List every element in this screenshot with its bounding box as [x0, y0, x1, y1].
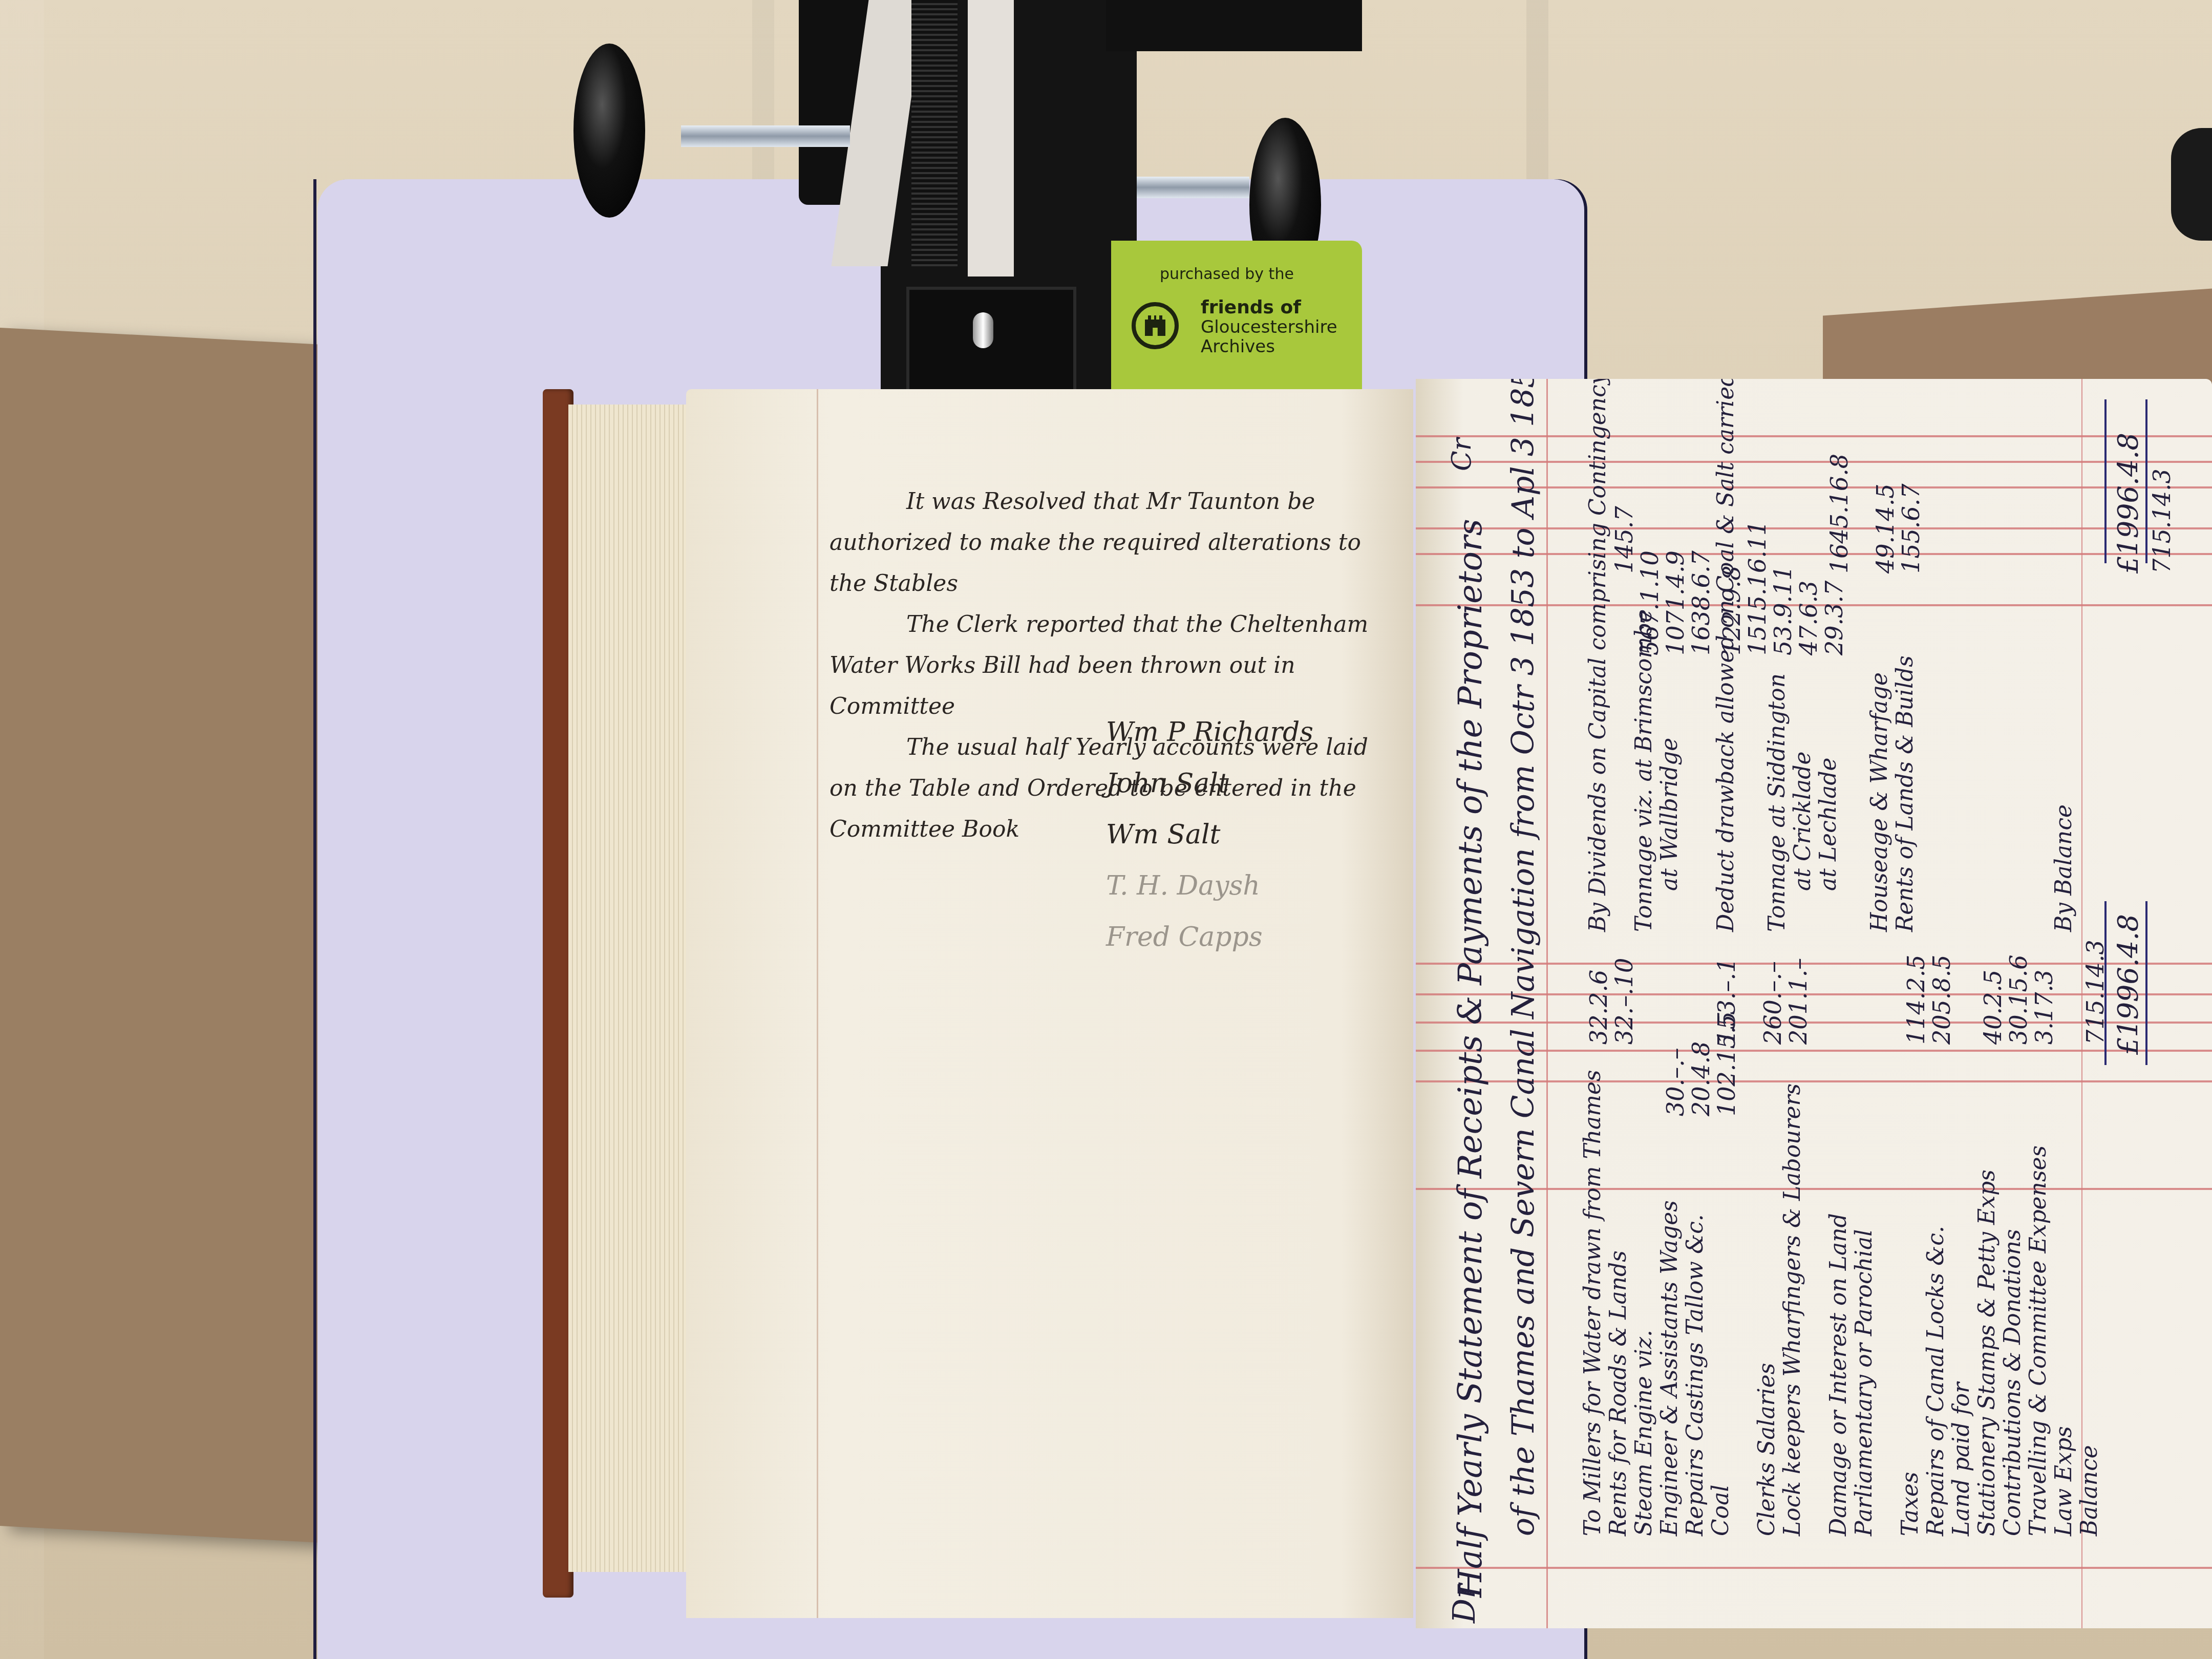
debit-amount: 40.2.5 — [1979, 970, 2007, 1045]
label-friends: friends of — [1201, 297, 1301, 318]
signature: Fred Capps — [1106, 911, 1313, 963]
credit-entry: Tonnage viz. at Brimscombe — [1631, 609, 1657, 932]
debit-entry: Clerks Salaries — [1754, 1363, 1780, 1536]
debit-entry: Engineer & Assistants Wages — [1656, 1200, 1683, 1536]
debit-amount: 3.17.3 — [2030, 970, 2058, 1045]
credit-amount: 1515.16.11 — [1743, 521, 1771, 655]
credit-amount: 1071.4.9 — [1662, 550, 1689, 655]
stand-rack — [911, 0, 958, 266]
debit-entry: Balance — [2076, 1445, 2102, 1536]
credit-total: £1996.4.8 — [2112, 433, 2144, 573]
left-margin-rule — [817, 389, 818, 1618]
credit-amount: 1645.16.8 — [1825, 454, 1853, 573]
debit-entry: Law Exps — [2051, 1426, 2077, 1536]
signature: Wm Salt — [1106, 809, 1313, 860]
stand-rail-2 — [968, 0, 1014, 276]
stand-arm-top — [1106, 0, 1362, 51]
ledger-title-line1: Half Yearly Statement of Receipts & Paym… — [1452, 519, 1490, 1598]
debit-entry: Lock keepers Wharfingers & Labourers — [1779, 1083, 1805, 1536]
clamp-knob-left-icon[interactable] — [573, 44, 645, 218]
debit-amount: 201.1.– — [1784, 958, 1812, 1045]
debit-entry: Rents for Roads & Lands — [1605, 1250, 1631, 1536]
credit-entry: Houseage & Wharfage — [1866, 672, 1892, 932]
debit-entry: Contributions & Donations — [2000, 1229, 2026, 1536]
credit-entry: By Dividends on Capital comprising Conti… — [1585, 379, 1611, 932]
credit-amount: 1638.6.7 — [1687, 550, 1715, 655]
total-rule — [2104, 399, 2107, 563]
debit-amount: 114.2.5 — [1902, 954, 1930, 1045]
total-rule — [2145, 901, 2147, 1065]
credit-amount: 53.9.11 — [1769, 565, 1797, 655]
debit-entry: Taxes — [1897, 1472, 1923, 1536]
credit-amount: 122.9.8 — [1718, 565, 1746, 655]
credit-balance: 715.14.3 — [2148, 469, 2176, 573]
debit-entry: Repairs Castings Tallow &c. — [1682, 1214, 1708, 1536]
label-org: Gloucestershire Archives — [1201, 317, 1337, 356]
right-page-ledger: Dr Half Yearly Statement of Receipts & P… — [1416, 379, 2212, 1628]
debit-entry: Land paid for — [1948, 1382, 1974, 1536]
credit-amount: 567.1.10 — [1636, 550, 1664, 655]
label-purchased: purchased by the — [1160, 265, 1294, 283]
credit-entry: By Balance — [2051, 804, 2077, 932]
ledger-title-line2: of the Thames and Severn Canal Navigatio… — [1505, 379, 1541, 1536]
credit-entry: at Lechlade — [1815, 757, 1841, 891]
friends-label: purchased by the friends of Gloucestersh… — [1111, 241, 1362, 394]
debit-entry: Travelling & Committee Expenses — [2025, 1145, 2051, 1536]
minute-1: It was Resolved that Mr Taunton be autho… — [829, 481, 1403, 604]
credit-entry: at Cricklade — [1790, 752, 1816, 891]
total-rule — [2104, 901, 2107, 1065]
credit-entry: at Wallbridge — [1656, 738, 1683, 891]
debit-amount: 205.8.5 — [1928, 954, 1955, 1045]
debit-entry: To Millers for Water drawn from Thames — [1580, 1070, 1606, 1536]
clamp-screw-right — [1137, 177, 1249, 198]
label-org-line2: Archives — [1201, 337, 1337, 356]
signatures: Wm P Richards John Salt Wm Salt T. H. Da… — [1106, 707, 1313, 963]
debit-entry: Coal — [1708, 1485, 1734, 1536]
credit-marker: Cr — [1447, 438, 1477, 471]
signature: John Salt — [1106, 758, 1313, 809]
debit-total: £1996.4.8 — [2112, 914, 2144, 1055]
debit-entry: Stationery Stamps & Petty Exps — [1974, 1169, 2000, 1536]
debit-amount: 30.–.– — [1662, 1048, 1689, 1116]
dark-object — [2171, 128, 2212, 241]
castle-seal-icon — [1132, 302, 1179, 349]
total-rule — [2145, 399, 2147, 563]
ledger-rule — [1416, 1567, 2212, 1569]
signature: Wm P Richards — [1106, 707, 1313, 758]
left-page: It was Resolved that Mr Taunton be autho… — [686, 389, 1413, 1618]
debit-amount: 30.15.6 — [2005, 954, 2032, 1045]
bolt-icon — [973, 312, 993, 348]
debit-amount: 20.4.8 — [1687, 1041, 1715, 1116]
ledger-rule — [1546, 379, 1548, 1628]
credit-amount: 49.14.5 — [1871, 483, 1899, 573]
credit-entry: Tonnage at Siddington — [1764, 673, 1790, 932]
debit-amount: 32.2.6 — [1585, 970, 1612, 1045]
credit-amount: 155.6.7 — [1897, 483, 1925, 573]
debit-amount: 32.–.10 — [1610, 958, 1638, 1045]
debit-entry: Damage or Interest on Land — [1825, 1213, 1852, 1536]
credit-amount: 145.7 — [1610, 506, 1638, 573]
credit-entry: Rents of Lands & Builds — [1892, 655, 1918, 932]
debit-amount: 153.–.1 — [1713, 958, 1740, 1045]
credit-entry: Deduct drawback allowed on Coal & Salt c… — [1713, 379, 1739, 932]
label-org-line1: Gloucestershire — [1201, 317, 1337, 337]
debit-entry: Steam Engine viz. — [1631, 1330, 1657, 1536]
debit-amount: 260.–.– — [1759, 961, 1786, 1045]
clamp-screw-left — [681, 125, 850, 147]
credit-amount: 47.6.3 — [1795, 581, 1822, 655]
debit-entry: Parliamentary or Parochial — [1851, 1229, 1877, 1536]
board-edge — [313, 179, 316, 1659]
book-page-stack — [568, 405, 701, 1572]
credit-amount: 29.3.7 — [1820, 581, 1848, 655]
brown-folder — [0, 328, 353, 1544]
debit-entry: Repairs of Canal Locks &c. — [1923, 1226, 1949, 1536]
signature: T. H. Daysh — [1106, 860, 1313, 911]
